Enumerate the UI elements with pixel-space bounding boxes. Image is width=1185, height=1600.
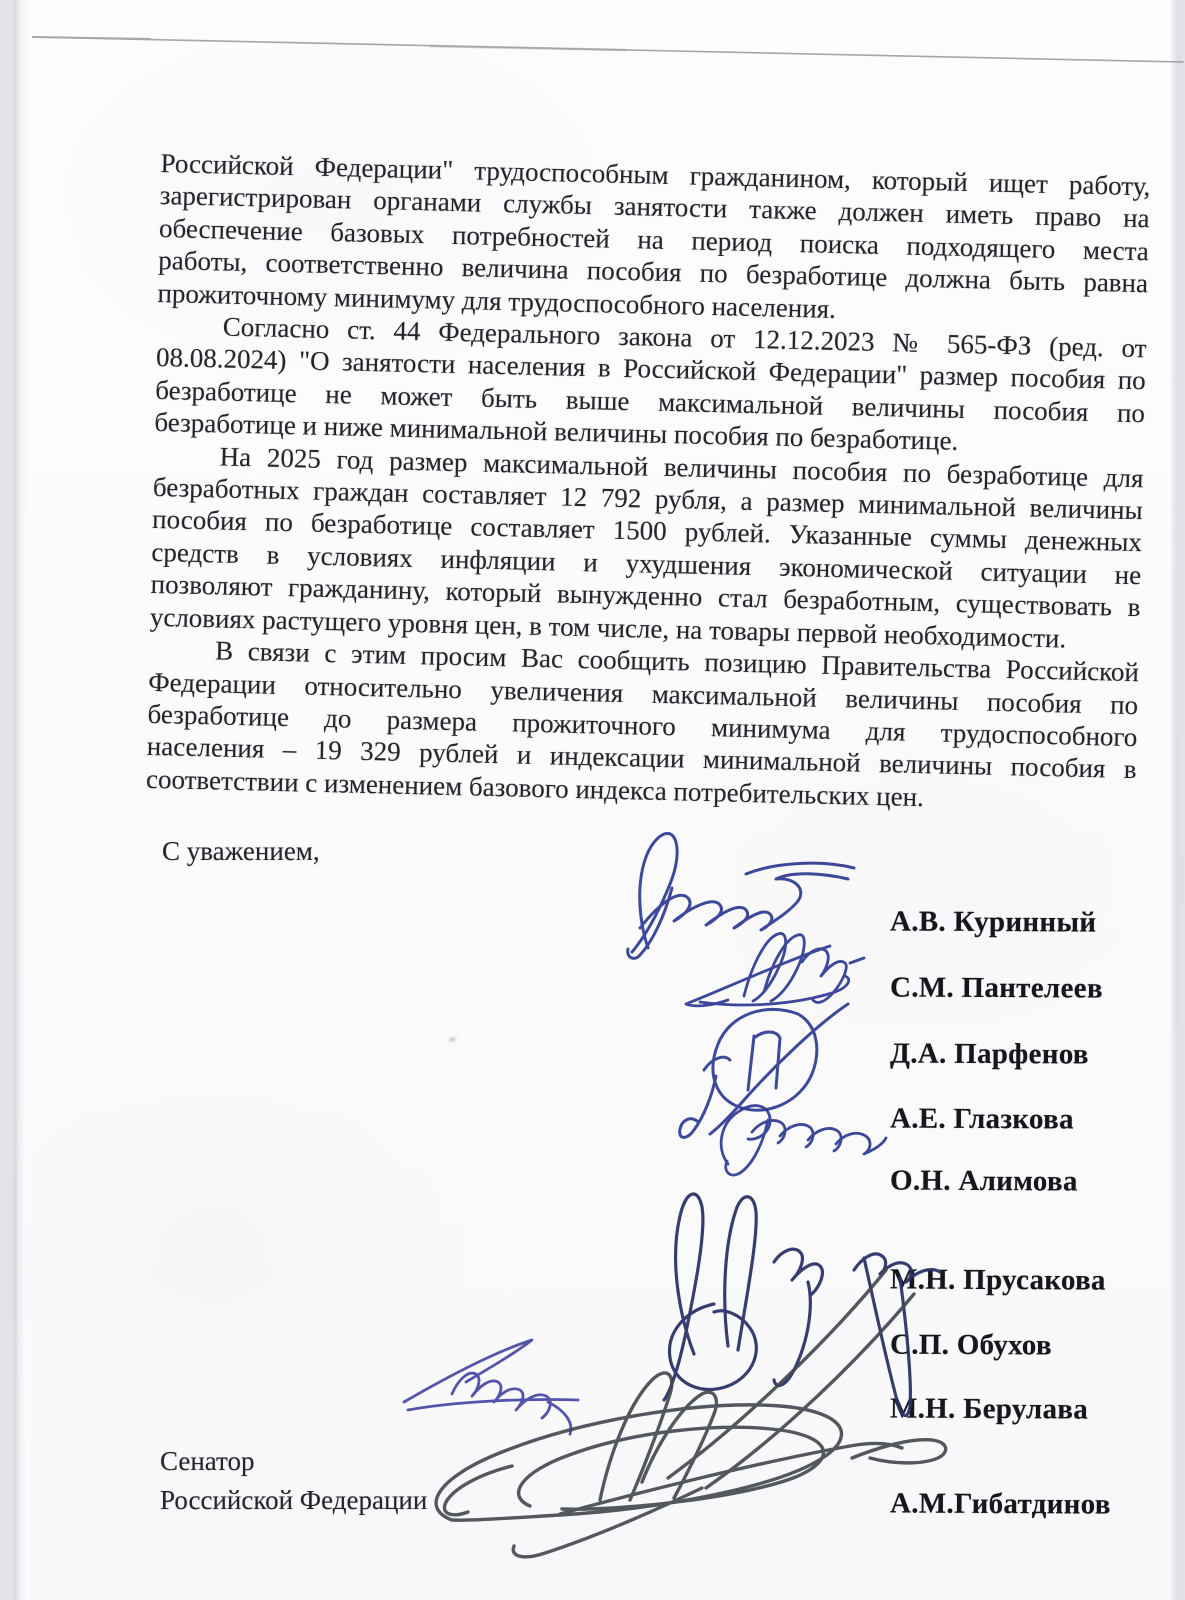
closing-salutation: С уважением, xyxy=(162,836,320,867)
signatory-name: Д.А. Парфенов xyxy=(890,1037,1089,1071)
scanned-letter-page: { "document": { "paragraphs": [ { "inden… xyxy=(0,0,1185,1600)
signatory-name: М.Н. Прусакова xyxy=(890,1263,1106,1297)
sender-title-block: Сенатор Российской Федерации xyxy=(160,1442,427,1520)
signatory-name: А.Е. Глазкова xyxy=(890,1103,1074,1137)
signature-parfenov-icon xyxy=(680,1004,848,1137)
signature-glazkova-icon xyxy=(721,1106,886,1175)
letter-paragraphs: Российской Федерации" трудоспособным гра… xyxy=(146,147,1151,818)
signatory-name: М.Н. Берулава xyxy=(890,1392,1088,1426)
signatory-name-gibatdinov: А.М.Гибатдинов xyxy=(890,1487,1111,1521)
signatory-name: С.П. Обухов xyxy=(890,1329,1052,1363)
signatory-name: С.М. Пантелеев xyxy=(890,971,1103,1005)
scan-speck xyxy=(446,1035,458,1045)
sender-title-line2: Российской Федерации xyxy=(160,1481,427,1520)
scan-edge-right xyxy=(1171,0,1185,1600)
signature-berulava-icon xyxy=(404,1340,578,1434)
scan-top-edge-line xyxy=(33,37,1183,62)
signature-gibatdinov-icon xyxy=(436,1270,946,1557)
signatory-name: О.Н. Алимова xyxy=(890,1165,1078,1199)
signature-kurinny-icon xyxy=(628,833,854,958)
scan-edge-left xyxy=(0,0,30,1600)
signature-prusakova-obukhov-icon xyxy=(664,1194,940,1416)
signatory-name: А.В. Куринный xyxy=(890,905,1097,939)
sender-title-line1: Сенатор xyxy=(160,1442,427,1481)
signature-panteleev-icon xyxy=(686,933,864,1005)
